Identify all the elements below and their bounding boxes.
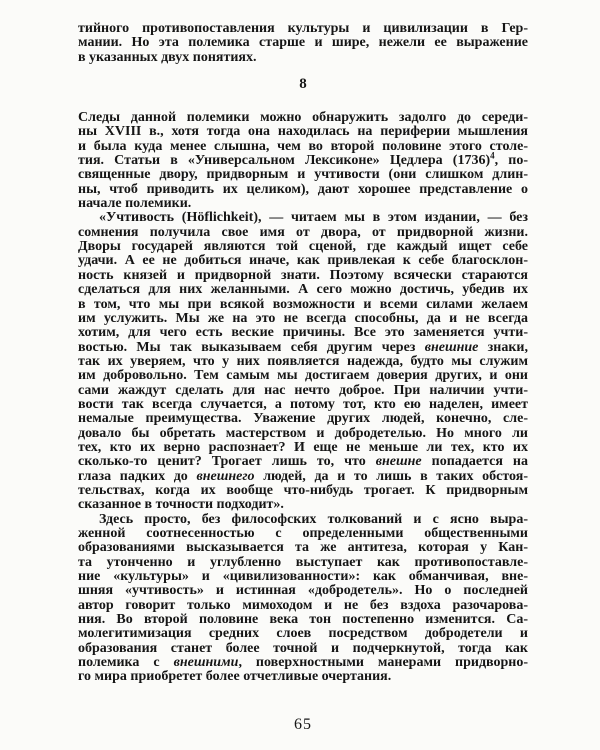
text-line: тия. Статьи в «Универсальном Лексиконе» … (78, 154, 528, 168)
text-line: довало бы обретать мастерством и доброде… (78, 427, 528, 441)
page-number: 65 (78, 716, 528, 734)
emphasized-text: внешнего (196, 469, 254, 484)
text-line: им добровольно. Тем самым мы достигаем д… (78, 369, 528, 383)
text-line: ность князей и придворной знати. Поэтому… (78, 269, 528, 283)
text-line: так их уверяем, что у них появляется над… (78, 355, 528, 369)
text-line: та утонченно и углубленно выступает как … (78, 556, 528, 570)
text-line: в том, что мы при всякой возможности и в… (78, 298, 528, 312)
text-line: Следы данной полемики можно обнаружить з… (78, 111, 528, 125)
emphasized-text: внешними (174, 655, 239, 670)
text-line: глаза падких до внешнего людей, да и то … (78, 470, 528, 484)
text-line: автор говорит только мимоходом и не без … (78, 599, 528, 613)
text-line: «Учтивость (Höflichkeit), — читаем мы в … (78, 211, 528, 225)
text-line: в указанных двух понятиях. (78, 51, 528, 65)
text-line: ны, чтоб приводить их целиком), дают хор… (78, 183, 528, 197)
text-line: сомнения получила свое имя от двора, от … (78, 226, 528, 240)
text-line: сами жаждут сделать для нас нечто доброе… (78, 384, 528, 398)
text-line: молегитимизация средних слоев посредство… (78, 627, 528, 641)
text-line: хотим, для чего есть веские причины. Все… (78, 326, 528, 340)
text-line: вости так всегда случается, а потому тот… (78, 398, 528, 412)
text-line: сколько-то ценит? Трогает лишь то, что в… (78, 455, 528, 469)
text-line: ния. Во второй половине века тон постепе… (78, 613, 528, 627)
text-line: тех, кто их верно распознает? И еще не м… (78, 441, 528, 455)
book-page: тийного противопоставления культуры и ци… (0, 0, 600, 750)
paragraph: «Учтивость (Höflichkeit), — читаем мы в … (78, 211, 528, 512)
text-line: сказанное в точности подходит». (78, 498, 528, 512)
text-line: тийного противопоставления культуры и ци… (78, 22, 528, 36)
text-line: образованиями высказывается та же антите… (78, 541, 528, 555)
text-line: востью. Мы так выказываем себя другим че… (78, 341, 528, 355)
text-line: тельствах, когда их вообще что-нибудь тр… (78, 484, 528, 498)
footnote-marker: 4 (490, 150, 495, 160)
section-heading: 8 (78, 77, 528, 92)
text-line: ние «культуры» и «цивилизованности»: как… (78, 570, 528, 584)
text-line: немалые преимущества. Уважение других лю… (78, 412, 528, 426)
text-line: священные двору, придворным и учтивости … (78, 168, 528, 182)
text-line: Здесь просто, без философских толкований… (78, 513, 528, 527)
text-line: сделаться для них желанными. А сего можн… (78, 283, 528, 297)
paragraph: тийного противопоставления культуры и ци… (78, 22, 528, 65)
text-line: образования станет более точной и подчер… (78, 642, 528, 656)
paragraph: Здесь просто, без философских толкований… (78, 513, 528, 685)
text-line: начале полемики. (78, 197, 528, 211)
text-line: го мира приобретет более отчетливые очер… (78, 670, 528, 684)
text-line: и была куда менее слышна, чем во второй … (78, 140, 528, 154)
text-line: шняя «учтивость» и истинная «добродетель… (78, 584, 528, 598)
emphasized-text: внешне (376, 454, 422, 469)
text-line: мании. Но эта полемика старше и шире, не… (78, 36, 528, 50)
paragraph: Следы данной полемики можно обнаружить з… (78, 111, 528, 211)
text-line: Дворы государей являются той сценой, где… (78, 240, 528, 254)
text-line: женной соотнесенностью с определенными о… (78, 527, 528, 541)
text-line: им услужить. Мы же на это не всегда спос… (78, 312, 528, 326)
text-line: удачи. А ее не добиться иначе, как привл… (78, 254, 528, 268)
emphasized-text: внешние (425, 340, 479, 355)
text-line: полемика с внешними, поверхностными мане… (78, 656, 528, 670)
text-column: тийного противопоставления культуры и ци… (78, 22, 528, 685)
text-line: ны XVIII в., хотя тогда она находилась н… (78, 125, 528, 139)
